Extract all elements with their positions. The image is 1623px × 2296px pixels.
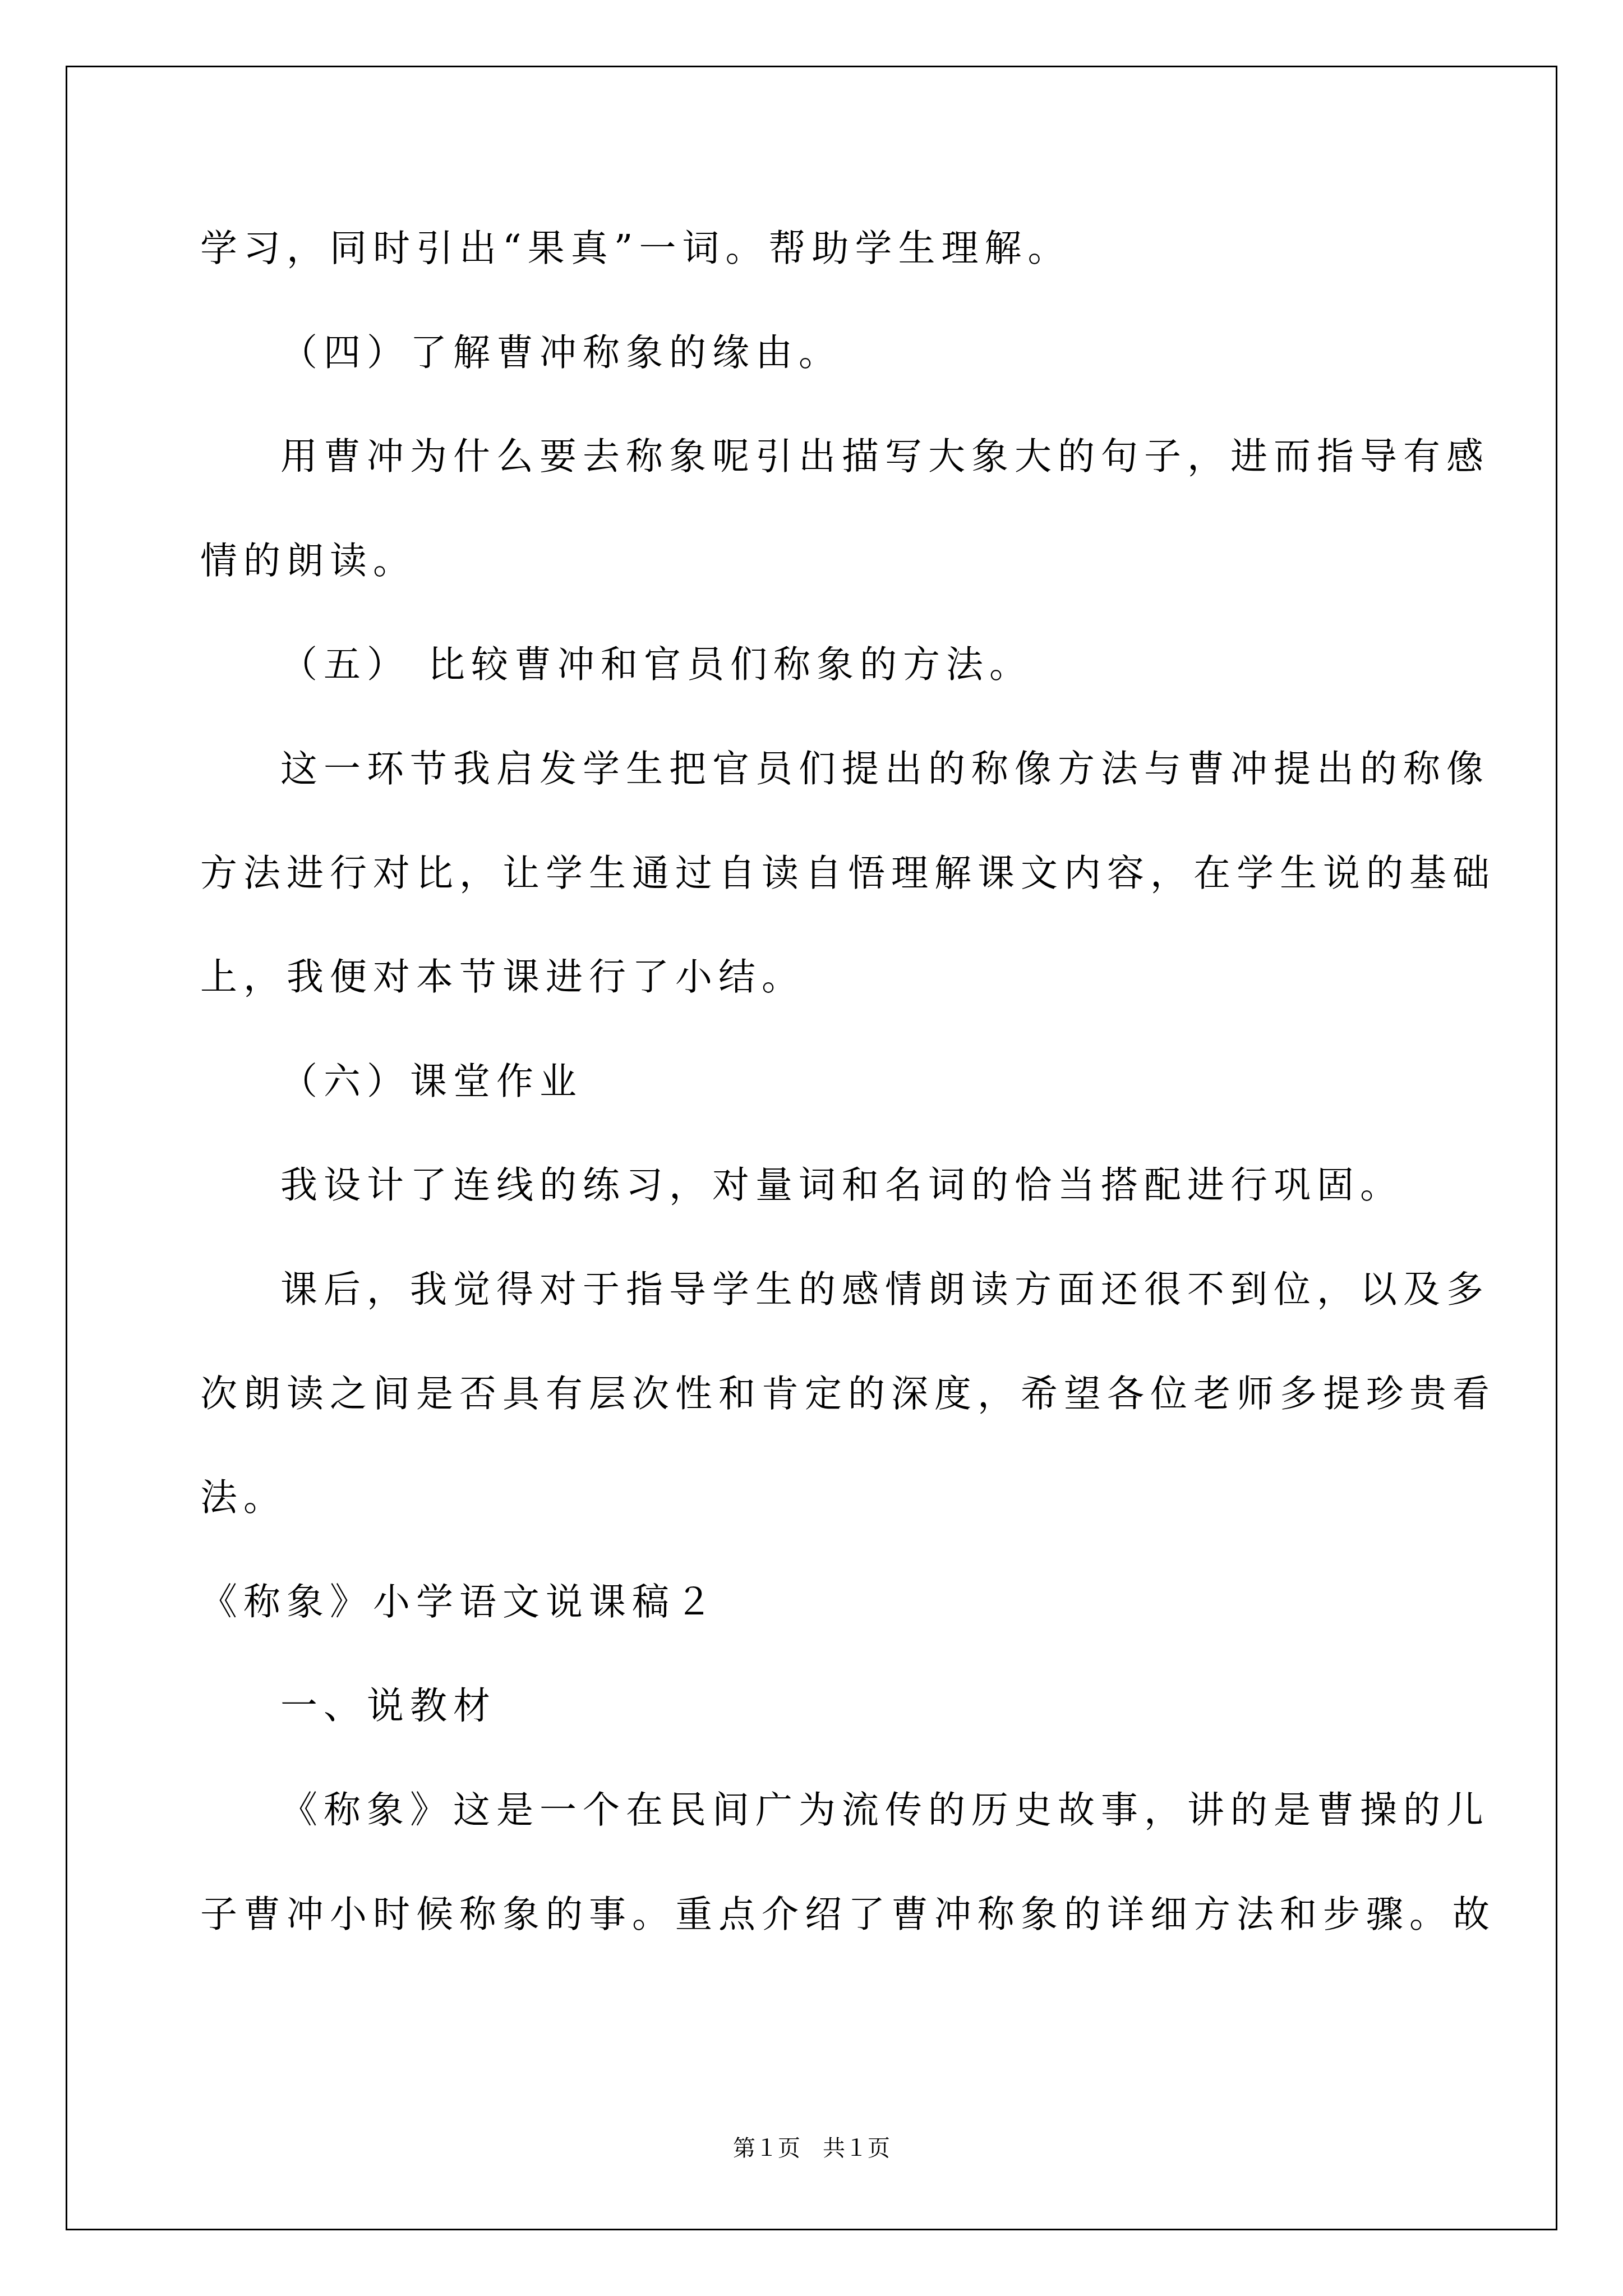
section-heading-4: （四）了解曹冲称象的缘由。 — [200, 301, 1426, 405]
text-line-continuation: 学习，同时引出“果真”一词。帮助学生理解。 — [200, 196, 1426, 301]
paragraph-line: 情的朗读。 — [200, 509, 1426, 613]
page-number-footer: 第１页 共１页 — [0, 2132, 1623, 2165]
paragraph-line: 上，我便对本节课进行了小结。 — [200, 925, 1426, 1029]
paragraph-line: 《称象》这是一个在民间广为流传的历史故事，讲的是曹操的儿 — [200, 1758, 1426, 1862]
document-body: 学习，同时引出“果真”一词。帮助学生理解。 （四）了解曹冲称象的缘由。 用曹冲为… — [200, 196, 1426, 1966]
section-heading-1: 一、说教材 — [200, 1654, 1426, 1758]
paragraph-line: 这一环节我启发学生把官员们提出的称像方法与曹冲提出的称像 — [200, 717, 1426, 821]
section-heading-5: （五） 比较曹冲和官员们称象的方法。 — [200, 613, 1426, 717]
paragraph-line: 法。 — [200, 1446, 1426, 1550]
paragraph-line: 我设计了连线的练习，对量词和名词的恰当搭配进行巩固。 — [200, 1133, 1426, 1237]
paragraph-line: 子曹冲小时候称象的事。重点介绍了曹冲称象的详细方法和步骤。故 — [200, 1862, 1426, 1967]
document-title: 《称象》小学语文说课稿２ — [200, 1550, 1426, 1654]
paragraph-line: 方法进行对比，让学生通过自读自悟理解课文内容，在学生说的基础 — [200, 821, 1426, 926]
paragraph-line: 次朗读之间是否具有层次性和肯定的深度，希望各位老师多提珍贵看 — [200, 1342, 1426, 1446]
paragraph-line: 课后，我觉得对于指导学生的感情朗读方面还很不到位，以及多 — [200, 1237, 1426, 1342]
section-heading-6: （六）课堂作业 — [200, 1029, 1426, 1134]
paragraph-line: 用曹冲为什么要去称象呢引出描写大象大的句子，进而指导有感 — [200, 404, 1426, 509]
